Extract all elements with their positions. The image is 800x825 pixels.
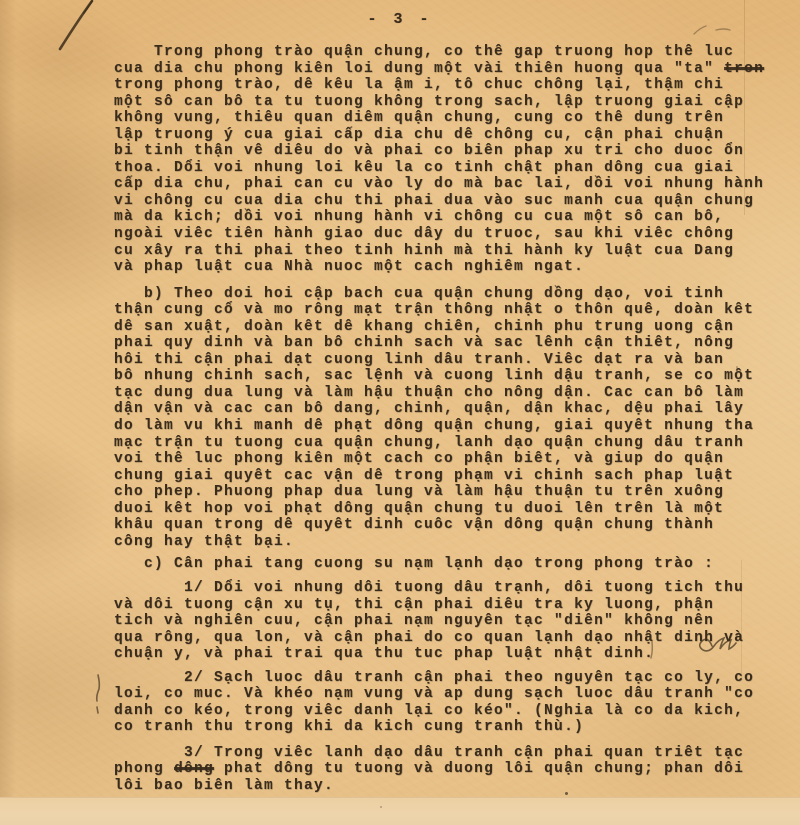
text-line: thận cung cổ và mo rông mạt trận thông n… <box>114 302 774 319</box>
text-line: chung giai quyêt cac vận dê trong phạm v… <box>114 468 774 485</box>
typewritten-text: 2/ Sạch luoc dâu tranh cận phai theo ngu… <box>114 670 754 686</box>
typewritten-text: khâu quan trong dê quyêt dinh cuôc vận d… <box>114 517 714 533</box>
typewritten-text: tạc dung dua lung và làm hậu thuận cho n… <box>114 385 744 401</box>
typewritten-text: dận vận và cac can bô dang, chinh, quận,… <box>114 401 744 417</box>
typewritten-text: một sô can bô ta tu tuong không trong sa… <box>114 94 744 110</box>
text-line: chuận y, và phai trai qua thu tuc phap l… <box>114 646 774 663</box>
text-line: cua dia chu phong kiên loi dung một vài … <box>114 61 774 78</box>
text-line: co tranh thu trong khi da kich cung tran… <box>114 719 774 736</box>
typewritten-text: qua rông, qua lon, và cận phai do co qua… <box>114 630 744 646</box>
typewritten-text: 3/ Trong viêc lanh dạo dâu tranh cận pha… <box>114 745 744 761</box>
typewritten-text: phat dông tu tuong và duong lôi quận chu… <box>214 761 744 777</box>
text-line: Trong phong trào quận chung, co thê gap … <box>114 44 774 61</box>
typewritten-text: hôi thi cận phai dạt cuong linh dâu tran… <box>114 352 724 368</box>
text-line: trong phong trào, dê kêu la ậm i, tô chu… <box>114 77 774 94</box>
text-line: mà da kich; dồi voi nhung hành vi chông … <box>114 209 774 226</box>
paragraph-b: b) Theo doi hoi cập bach cua quận chung … <box>114 286 774 551</box>
typewritten-text: Trong phong trào quận chung, co thê gap … <box>114 44 734 60</box>
paragraph-1: 1/ Dổi voi nhung dôi tuong dâu trạnh, dô… <box>114 580 774 663</box>
typewritten-text: bi tinh thận vê diêu do và phai co biên … <box>114 143 744 159</box>
text-line: danh co kéo, trong viêc danh lại co kéo"… <box>114 703 774 720</box>
ink-speck <box>565 792 568 795</box>
text-line: dê san xuật, doàn kêt dê khang chiên, ch… <box>114 319 774 336</box>
typewritten-text: và dôi tuong cận xu tụ, thi cận phai diê… <box>114 597 714 613</box>
text-line: 3/ Trong viêc lanh dạo dâu tranh cận pha… <box>114 745 774 762</box>
text-line: voi thê luc phong kiên một cach co phận … <box>114 451 774 468</box>
typewritten-text: thận cung cổ và mo rông mạt trận thông n… <box>114 302 754 318</box>
text-line: c) Cân phai tang cuong su nạm lạnh dạo t… <box>114 556 774 573</box>
document-body: Trong phong trào quận chung, co thê gap … <box>114 44 774 795</box>
typewritten-text: phai quy dinh và ban bô chinh sach và sa… <box>114 335 734 351</box>
typewritten-text: công hay thật bại. <box>114 534 294 550</box>
typewritten-text: lôi bao biên làm thay. <box>114 778 334 794</box>
typewritten-text: co tranh thu trong khi da kich cung tran… <box>114 719 584 735</box>
text-line: công hay thật bại. <box>114 534 774 551</box>
typewritten-text: thoa. Dổi voi nhung loi kêu la co tinh c… <box>114 160 734 176</box>
text-line: vi chông cu cua dia chu thi phai dua vào… <box>114 193 774 210</box>
typewritten-text: lập truong ý cua giai cấp dia chu dê chô… <box>114 127 724 143</box>
text-line: cu xây ra thi phai theo tinh hinh mà thi… <box>114 243 774 260</box>
text-line: thoa. Dổi voi nhung loi kêu la co tinh c… <box>114 160 774 177</box>
bottom-paper-strip <box>0 797 800 825</box>
typewritten-text: cu xây ra thi phai theo tinh hinh mà thi… <box>114 243 734 259</box>
typewritten-text: do làm vu khi manh dê phạt dông quận chu… <box>114 418 754 434</box>
typewritten-text: mạc trận tu tuong cua quận chung, lanh d… <box>114 435 744 451</box>
ink-speck <box>380 806 382 808</box>
text-line: tich và nghiên cuu, cận phai nạm nguyên … <box>114 613 774 630</box>
typewritten-text: và phap luật cua Nhà nuoc một cach nghiê… <box>114 259 584 275</box>
text-line: loi, co muc. Và khéo nạm vung và ap dung… <box>114 686 774 703</box>
typewritten-text: trong phong trào, dê kêu la ậm i, tô chu… <box>114 77 724 93</box>
typewritten-text: cho phep. Phuong phap dua lung và làm hậ… <box>114 484 724 500</box>
text-line: duoi kêt hop voi phạt dông quận chung tu… <box>114 501 774 518</box>
struck-out-text: dông <box>174 761 214 777</box>
paragraph-c-heading: c) Cân phai tang cuong su nạm lạnh dạo t… <box>114 556 774 573</box>
typewritten-text: dê san xuật, doàn kêt dê khang chiên, ch… <box>114 319 734 335</box>
text-line: bô nhung chinh sach, sac lệnh và cuong l… <box>114 368 774 385</box>
text-line: hôi thi cận phai dạt cuong linh dâu tran… <box>114 352 774 369</box>
typewritten-text: cấp dia chu, phai can cu vào ly do mà ba… <box>114 176 764 192</box>
text-line: b) Theo doi hoi cập bach cua quận chung … <box>114 286 774 303</box>
text-line: lôi bao biên làm thay. <box>114 778 774 795</box>
paragraph-intro: Trong phong trào quận chung, co thê gap … <box>114 44 774 276</box>
text-line: dận vận và cac can bô dang, chinh, quận,… <box>114 401 774 418</box>
struck-out-text: tron <box>724 61 764 77</box>
text-line: lập truong ý cua giai cấp dia chu dê chô… <box>114 127 774 144</box>
text-line: và phap luật cua Nhà nuoc một cach nghiê… <box>114 259 774 276</box>
text-line: cho phep. Phuong phap dua lung và làm hậ… <box>114 484 774 501</box>
typewritten-text: 1/ Dổi voi nhung dôi tuong dâu trạnh, dô… <box>114 580 744 596</box>
text-line: cấp dia chu, phai can cu vào ly do mà ba… <box>114 176 774 193</box>
text-line: 1/ Dổi voi nhung dôi tuong dâu trạnh, dô… <box>114 580 774 597</box>
typewritten-text: duoi kêt hop voi phạt dông quận chung tu… <box>114 501 724 517</box>
typewritten-text: không vung, thiêu quan diêm quận chung, … <box>114 110 724 126</box>
typewritten-text: phong <box>114 761 174 777</box>
left-edge-shadow <box>0 0 16 825</box>
typewritten-text: c) Cân phai tang cuong su nạm lạnh dạo t… <box>114 556 714 572</box>
text-line: do làm vu khi manh dê phạt dông quận chu… <box>114 418 774 435</box>
typewritten-text: b) Theo doi hoi cập bach cua quận chung … <box>114 286 724 302</box>
typewritten-text: chuận y, và phai trai qua thu tuc phap l… <box>114 646 654 662</box>
text-line: qua rông, qua lon, và cận phai do co qua… <box>114 630 774 647</box>
text-line: tạc dung dua lung và làm hậu thuận cho n… <box>114 385 774 402</box>
text-line: một sô can bô ta tu tuong không trong sa… <box>114 94 774 111</box>
typewritten-text: bô nhung chinh sach, sac lệnh và cuong l… <box>114 368 754 384</box>
typewritten-text: loi, co muc. Và khéo nạm vung và ap dung… <box>114 686 754 702</box>
typewritten-text: danh co kéo, trong viêc danh lại co kéo"… <box>114 703 744 719</box>
text-line: mạc trận tu tuong cua quận chung, lanh d… <box>114 435 774 452</box>
text-line: không vung, thiêu quan diêm quận chung, … <box>114 110 774 127</box>
text-line: bi tinh thận vê diêu do và phai co biên … <box>114 143 774 160</box>
typewritten-text: vi chông cu cua dia chu thi phai dua vào… <box>114 193 754 209</box>
text-line: ngoài viêc tiên hành giao duc dây du tru… <box>114 226 774 243</box>
typewritten-text: chung giai quyêt cac vận dê trong phạm v… <box>114 468 734 484</box>
text-line: và dôi tuong cận xu tụ, thi cận phai diê… <box>114 597 774 614</box>
typewritten-text: ngoài viêc tiên hành giao duc dây du tru… <box>114 226 734 242</box>
text-line: phong dông phat dông tu tuong và duong l… <box>114 761 774 778</box>
ink-speck <box>736 366 738 371</box>
page-number: - 3 - <box>0 11 800 29</box>
text-line: 2/ Sạch luoc dâu tranh cận phai theo ngu… <box>114 670 774 687</box>
typewritten-text: cua dia chu phong kiên loi dung một vài … <box>114 61 724 77</box>
paragraph-2: 2/ Sạch luoc dâu tranh cận phai theo ngu… <box>114 670 774 736</box>
paragraph-3: 3/ Trong viêc lanh dạo dâu tranh cận pha… <box>114 745 774 795</box>
typewritten-text: mà da kich; dồi voi nhung hành vi chông … <box>114 209 724 225</box>
text-line: khâu quan trong dê quyêt dinh cuôc vận d… <box>114 517 774 534</box>
typewritten-text: voi thê luc phong kiên một cach co phận … <box>114 451 724 467</box>
text-line: phai quy dinh và ban bô chinh sach và sa… <box>114 335 774 352</box>
typewritten-text: tich và nghiên cuu, cận phai nạm nguyên … <box>114 613 714 629</box>
